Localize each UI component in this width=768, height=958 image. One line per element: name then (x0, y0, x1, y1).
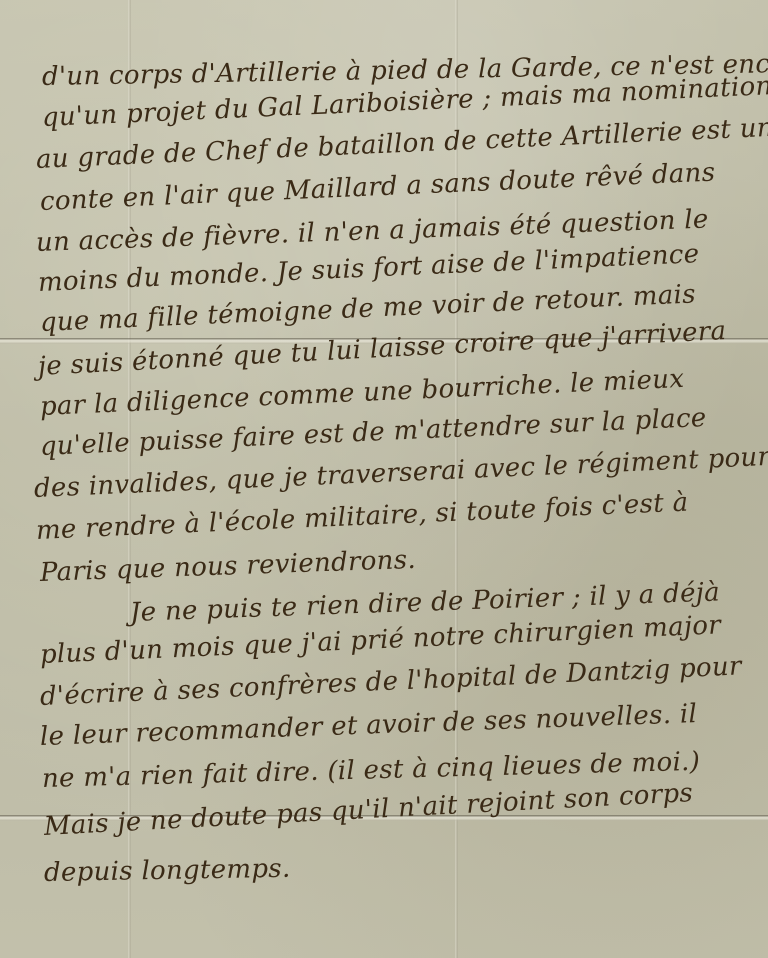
letter-line-20: depuis longtemps. (44, 854, 291, 888)
letter-line-13: Paris que nous reviendrons. (39, 545, 416, 588)
letter-page: d'un corps d'Artillerie à pied de la Gar… (0, 0, 768, 958)
